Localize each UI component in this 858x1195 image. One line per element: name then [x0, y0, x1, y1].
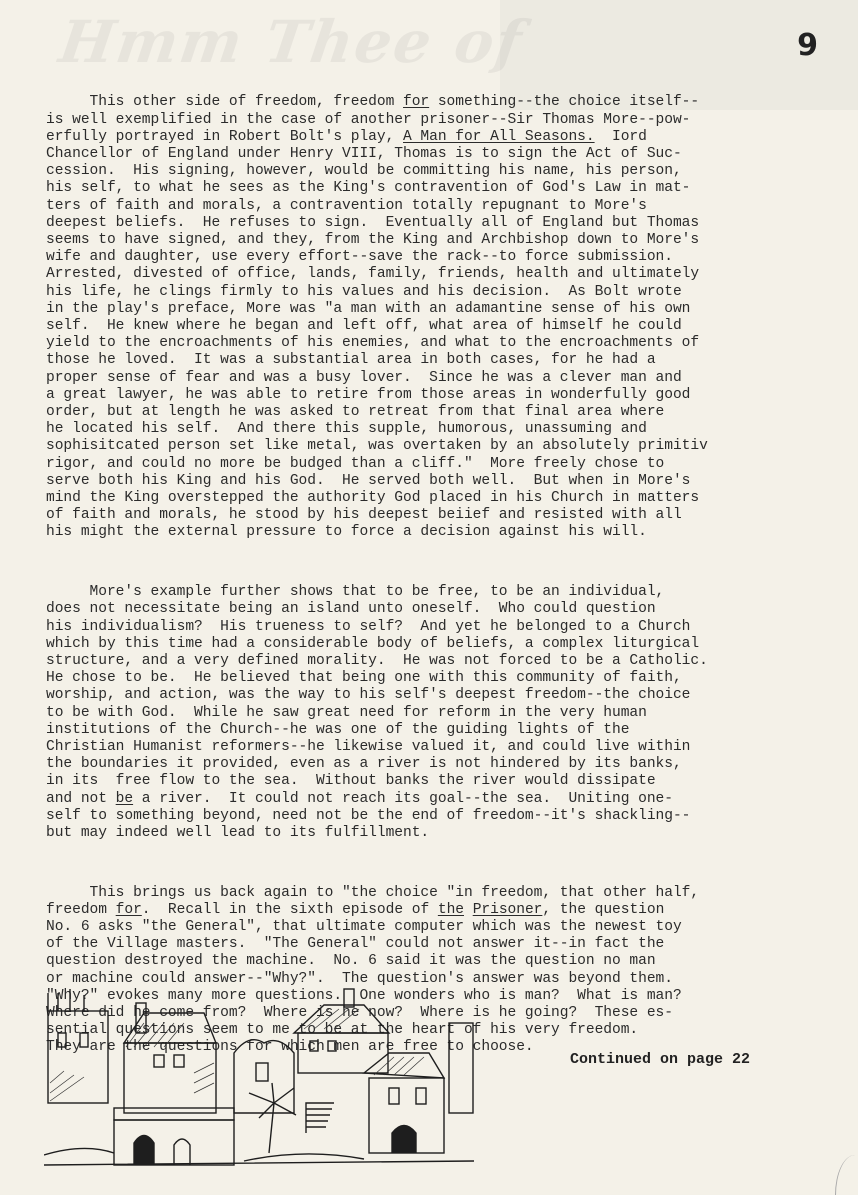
text-line: Christian Humanist reformers--he likewis… [46, 739, 858, 756]
text-line: his individualism? His trueness to self?… [46, 619, 858, 636]
text-line: of the Village masters. "The General" co… [46, 936, 858, 953]
text-line: freedom for. Recall in the sixth episode… [46, 902, 858, 919]
text-line: institutions of the Church--he was one o… [46, 722, 858, 739]
text-line: which by this time had a considerable bo… [46, 636, 858, 653]
text-line: self. He knew where he began and left of… [46, 318, 858, 335]
paragraph-thomas-more: This other side of freedom, freedom for … [46, 94, 858, 541]
text-line: proper sense of fear and was a busy love… [46, 370, 858, 387]
text-line: ters of faith and morals, a contraventio… [46, 198, 858, 215]
text-line: those he loved. It was a substantial are… [46, 352, 858, 369]
village-sketch-icon [44, 983, 474, 1171]
text-line: No. 6 asks "the General", that ultimate … [46, 919, 858, 936]
text-line: the boundaries it provided, even as a ri… [46, 756, 858, 773]
text-line: a great lawyer, he was able to retire fr… [46, 387, 858, 404]
text-line: in its free flow to the sea. Without ban… [46, 773, 858, 790]
village-illustration [44, 983, 474, 1171]
text-line: seems to have signed, and they, from the… [46, 232, 858, 249]
text-line: cession. His signing, however, would be … [46, 163, 858, 180]
text-line: his life, he clings firmly to his values… [46, 284, 858, 301]
text-line: More's example further shows that to be … [46, 584, 858, 601]
text-line: in the play's preface, More was "a man w… [46, 301, 858, 318]
text-line: Arrested, divested of office, lands, fam… [46, 266, 858, 283]
text-line: yield to the encroachments of his enemie… [46, 335, 858, 352]
text-line: and not be a river. It could not reach i… [46, 791, 858, 808]
text-line: He chose to be. He believed that being o… [46, 670, 858, 687]
text-line: wife and daughter, use every effort--sav… [46, 249, 858, 266]
article-body: This other side of freedom, freedom for … [46, 60, 858, 1082]
continued-note: Continued on page 22 [570, 1051, 750, 1068]
text-line: serve both his King and his God. He serv… [46, 473, 858, 490]
text-line: sophisitcated person set like metal, was… [46, 438, 858, 455]
text-line: of faith and morals, he stood by his dee… [46, 507, 858, 524]
text-line: order, but at length he was asked to ret… [46, 404, 858, 421]
page-number: 9 [797, 28, 818, 63]
text-line: does not necessitate being an island unt… [46, 601, 858, 618]
text-line: erfully portrayed in Robert Bolt's play,… [46, 129, 858, 146]
text-line: This brings us back again to "the choice… [46, 885, 858, 902]
text-line: his might the external pressure to force… [46, 524, 858, 541]
text-line: question destroyed the machine. No. 6 sa… [46, 953, 858, 970]
text-line: he located his self. And there this supp… [46, 421, 858, 438]
text-line: to be with God. While he saw great need … [46, 705, 858, 722]
text-line: but may indeed well lead to its fulfillm… [46, 825, 858, 842]
text-line: is well exemplified in the case of anoth… [46, 112, 858, 129]
text-line: Chancellor of England under Henry VIII, … [46, 146, 858, 163]
text-line: worship, and action, was the way to his … [46, 687, 858, 704]
text-line: mind the King overstepped the authority … [46, 490, 858, 507]
paragraph-individualism: More's example further shows that to be … [46, 584, 858, 842]
text-line: self to something beyond, need not be th… [46, 808, 858, 825]
page-curl [835, 1155, 858, 1195]
text-line: deepest beliefs. He refuses to sign. Eve… [46, 215, 858, 232]
text-line: This other side of freedom, freedom for … [46, 94, 858, 111]
text-line: rigor, and could no more be budged than … [46, 456, 858, 473]
text-line: his self, to what he sees as the King's … [46, 180, 858, 197]
text-line: structure, and a very defined morality. … [46, 653, 858, 670]
